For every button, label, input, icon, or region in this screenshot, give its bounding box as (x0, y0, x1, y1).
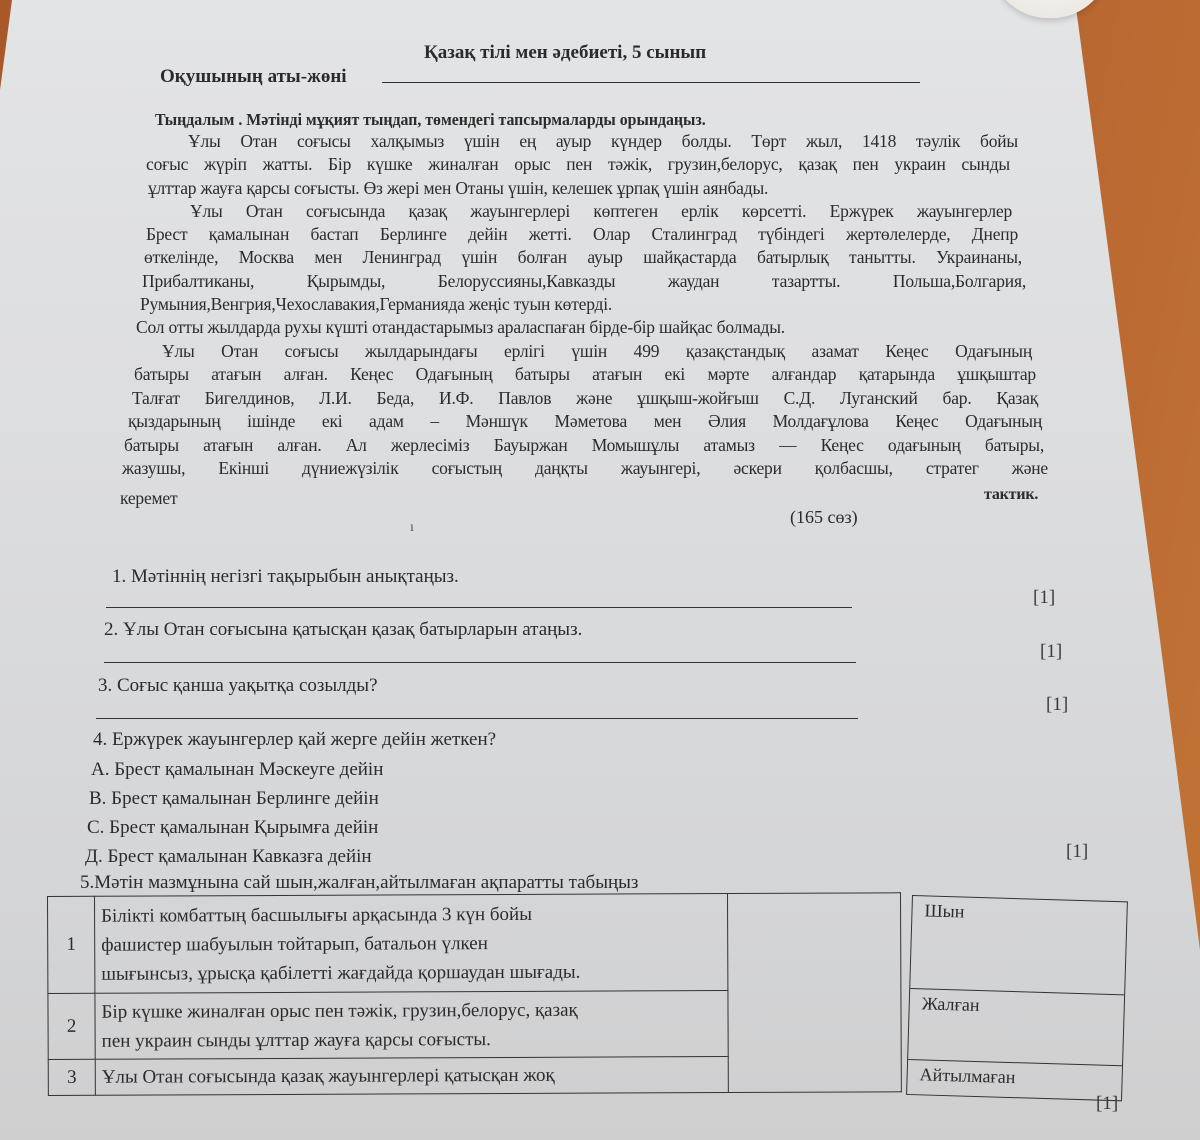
passage-line: батыры атағын алған. Кеңес Одағының баты… (134, 363, 1036, 387)
student-name-label: Оқушының аты-жөні (160, 66, 347, 88)
statement-line: фашистер шабуылын тойтарып, батальон үлк… (101, 928, 721, 960)
passage-line: ұлттар жауға қарсы соғысты. Өз жері мен … (148, 177, 768, 201)
row-number: 3 (48, 1059, 95, 1095)
passage-line: қыздарының ішінде екі адам – Мәншүк Мәме… (128, 410, 1042, 434)
listening-instruction: Тыңдалым . Мәтінді мұқият тыңдап, төменд… (155, 110, 706, 130)
table-row: 1 Білікті комбаттың басшылығы арқасында … (48, 893, 901, 994)
q4-option-b[interactable]: В. Брест қамалынан Берлинге дейін (89, 788, 379, 810)
statement-line: Білікті комбаттың басшылығы арқасында 3 … (101, 899, 721, 931)
statement-line: Бір күшке жиналған орыс пен тәжік, грузи… (101, 995, 721, 1027)
question-4: 4. Ержүрек жауынгерлер қай жерге дейін ж… (93, 729, 496, 751)
statement-2: Бір күшке жиналған орыс пен тәжік, грузи… (95, 991, 728, 1060)
statement-line: пен украин сынды ұлттар жауға қарсы соғы… (102, 1024, 722, 1056)
passage-line: соғыс жүріп жатты. Бір күшке жиналған ор… (146, 153, 1010, 177)
passage-line: өткелінде, Москва мен Ленинград үшін бол… (144, 246, 1022, 270)
score-1: [1] (1033, 587, 1055, 609)
question-3: 3. Соғыс қанша уақытқа созылды? (98, 675, 378, 697)
passage-line: батыры атағын алған. Ал жерлесіміз Бауыр… (124, 434, 1044, 458)
passage-line: Ұлы Отан соғысында қазақ жауынгерлері кө… (190, 200, 1012, 224)
answer-line-1[interactable] (106, 607, 852, 608)
passage-line: Талғат Бигелдинов, Л.И. Беда, И.Ф. Павло… (132, 387, 1038, 411)
worksheet-title: Қазақ тілі мен әдебиеті, 5 сынып (424, 42, 706, 64)
score-5: [1] (1096, 1093, 1118, 1115)
passage-line: керемет (120, 487, 177, 511)
q4-option-c[interactable]: С. Брест қамалынан Қырымға дейін (87, 817, 378, 839)
question-1: 1. Мәтіннің негізгі тақырыбын анықтаңыз. (112, 566, 459, 588)
statement-3: Ұлы Отан соғысында қазақ жауынгерлері қа… (95, 1057, 728, 1096)
student-name-field[interactable] (382, 82, 920, 83)
passage-line: Сол отты жылдарда рухы күшті отандастары… (136, 316, 785, 340)
passage-line: Ұлы Отан соғысы жылдарындағы ерлігі үшін… (162, 340, 1032, 364)
q4-option-a[interactable]: А. Брест қамалынан Мәскеуге дейін (91, 759, 383, 781)
question-2: 2. Ұлы Отан соғысына қатысқан қазақ баты… (104, 619, 582, 641)
passage-line: жазушы, Екінші дүниежүзілік соғыстың даң… (122, 457, 1048, 481)
category-true[interactable]: Шын (910, 896, 1127, 995)
passage-last-word: тактик. (984, 483, 1038, 507)
answer-line-3[interactable] (96, 718, 858, 719)
passage-line: Румыния,Венгрия,Чехославакия,Германияда … (140, 293, 612, 317)
true-false-table: 1 Білікті комбаттың басшылығы арқасында … (47, 892, 902, 1096)
question-5: 5.Мәтін мазмұнына сай шын,жалған,айтылма… (80, 872, 638, 894)
row-number: 1 (48, 896, 95, 993)
answer-line-2[interactable] (104, 662, 856, 663)
passage-line: Ұлы Отан соғысы халқымыз үшін ең ауыр кү… (188, 130, 1018, 154)
passage-line: Прибалтиканы, Қырымды, Белоруссияны,Кавк… (142, 270, 1026, 294)
statement-1: Білікті комбаттың басшылығы арқасында 3 … (95, 894, 728, 994)
word-count: (165 сөз) (790, 507, 858, 528)
score-2: [1] (1040, 641, 1062, 663)
row-number: 2 (48, 993, 95, 1059)
answer-column[interactable] (727, 893, 901, 1093)
stray-pen-mark: ı (410, 520, 414, 536)
answer-categories-box: Шын Жалған Айтылмаған (906, 895, 1128, 1101)
passage-line: Брест қамалынан бастап Берлинге дейін же… (146, 223, 1018, 247)
statement-line: шығынсыз, ұрысқа қабілетті жағдайда қорш… (101, 957, 721, 989)
q4-option-d[interactable]: Д. Брест қамалынан Кавказға дейін (85, 846, 372, 868)
score-4: [1] (1066, 841, 1088, 863)
score-3: [1] (1046, 694, 1068, 716)
statement-line: Ұлы Отан соғысында қазақ жауынгерлері қа… (102, 1060, 722, 1092)
category-false[interactable]: Жалған (908, 989, 1124, 1066)
category-not-stated[interactable]: Айтылмаған (907, 1060, 1122, 1100)
